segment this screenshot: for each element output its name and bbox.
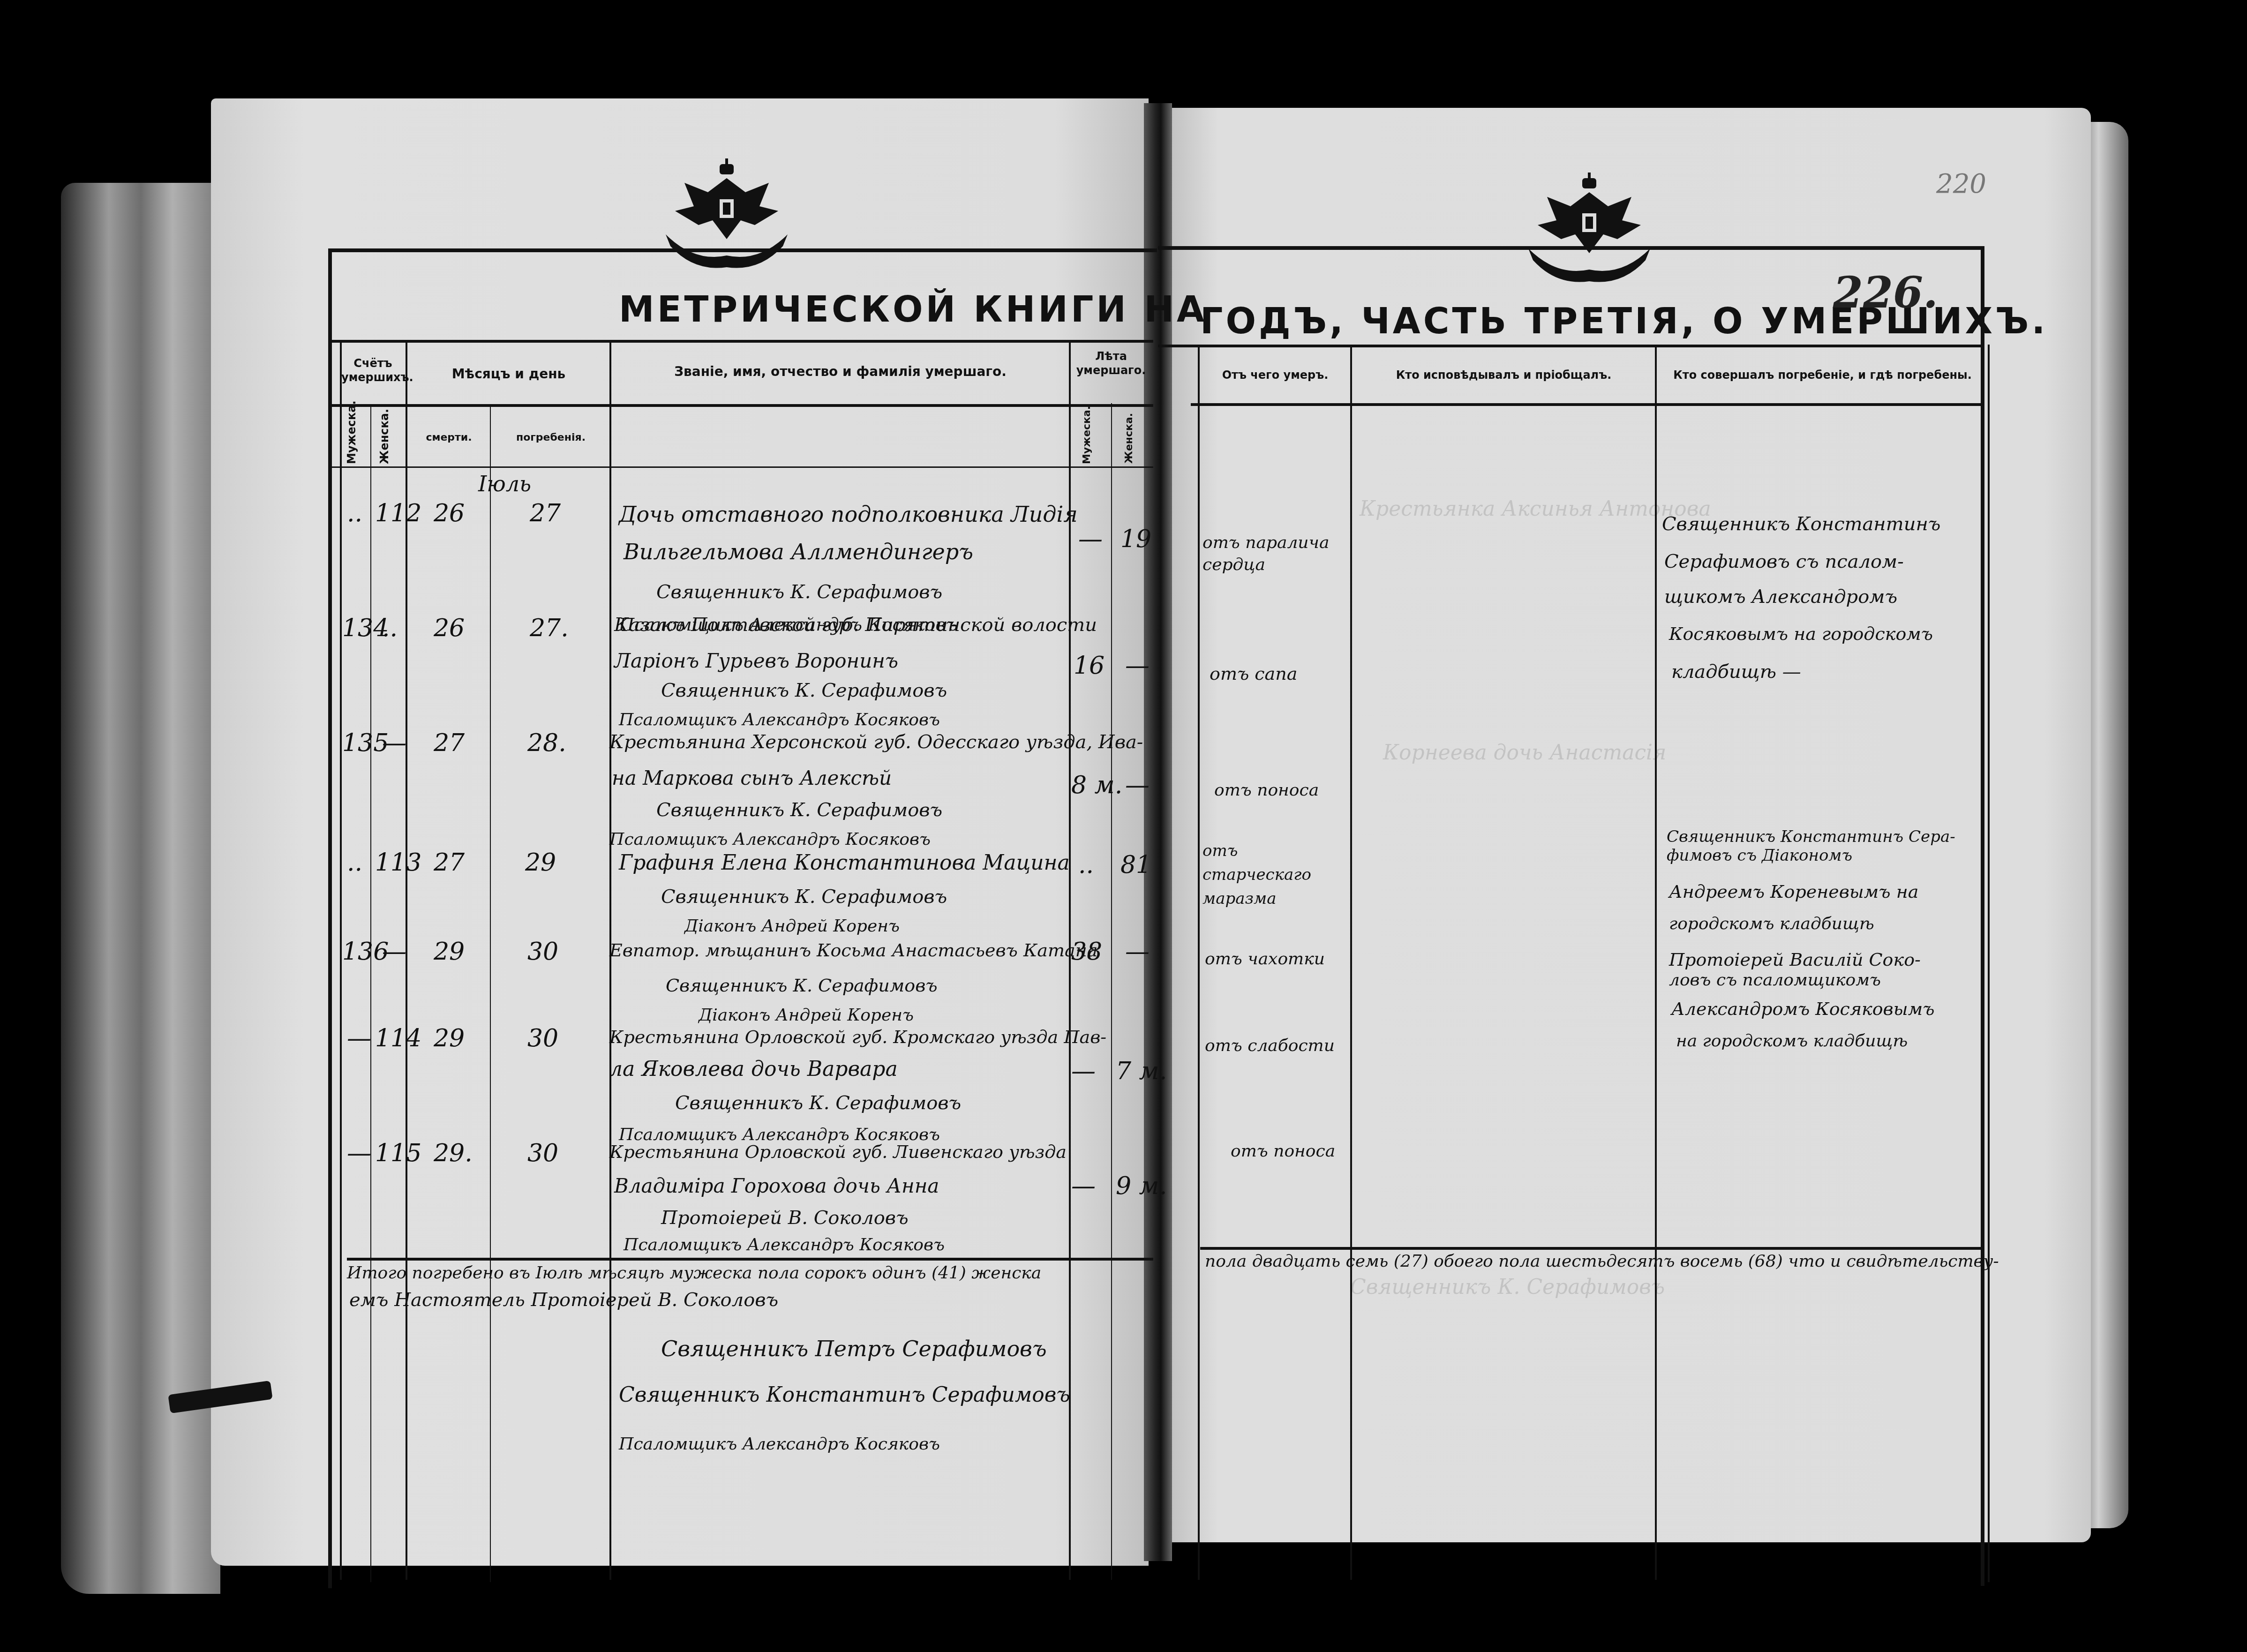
record-6-burial-day: 30 — [527, 1024, 558, 1052]
header-bottom-rule-right — [1191, 403, 1983, 406]
record-7-signature-1: Протоіерей В. Соколовъ — [661, 1207, 909, 1229]
record-6-cause: отъ слабости — [1205, 1036, 1335, 1055]
record-2-name-line-2: Ларіонъ Гурьевъ Воронинъ — [614, 649, 898, 672]
header-age-female: Женска. — [1123, 413, 1136, 464]
header-count-female: Женска. — [377, 413, 391, 464]
signature-psalmist: Псаломщикъ Александръ Косяковъ — [619, 1434, 940, 1454]
burial-note-1-line-3: щикомъ Александромъ — [1664, 586, 1897, 608]
header-death: смерти. — [408, 431, 490, 444]
record-2-age-male: 16 — [1074, 652, 1105, 680]
col-sep — [1198, 347, 1200, 1580]
book-edge-left — [61, 183, 220, 1594]
col-sep — [340, 342, 342, 1580]
record-5-age-female: — — [1125, 938, 1150, 966]
burial-note-1-line-2: Серафимовъ съ псалом- — [1664, 551, 1904, 572]
record-5-female-no: — — [382, 938, 406, 966]
col-sep — [1111, 403, 1112, 1580]
record-2-signature-2: Псаломщикъ Александръ Косяковъ — [619, 710, 940, 729]
col-sep — [1988, 345, 1990, 1582]
record-7-name-line-1: Крестьянина Орловской губ. Ливенскаго уѣ… — [609, 1141, 1067, 1162]
record-7-female-no: 115 — [375, 1139, 421, 1167]
record-7-age-female: 9 м. — [1116, 1172, 1167, 1200]
record-1-signature-1: Священникъ К. Серафимовъ — [656, 581, 942, 603]
record-4-age-male: .. — [1078, 851, 1094, 879]
header-top-rule-right — [1158, 345, 1983, 347]
record-2-burial-day: 27. — [530, 614, 569, 642]
burial-note-3-line-3: Александромъ Косяковымъ — [1671, 999, 1935, 1019]
burial-note-1-line-5: кладбищѣ — — [1671, 661, 1801, 683]
record-5-age-male: 38 — [1071, 938, 1102, 966]
col-sep — [609, 342, 611, 1580]
record-4-death-day: 27 — [434, 849, 465, 877]
record-6-death-day: 29 — [434, 1024, 465, 1052]
record-2-death-day: 26 — [434, 614, 465, 642]
record-1-cause: отъ паралича сердца — [1202, 532, 1343, 576]
record-7-age-male: — — [1071, 1172, 1096, 1200]
record-3-age-male: 8 м. — [1071, 771, 1122, 799]
record-4-signature-2: Діаконъ Андрей Коренъ — [684, 916, 900, 936]
col-sep — [1350, 347, 1352, 1580]
burial-note-3-line-2: ловъ съ псаломщикомъ — [1669, 970, 1881, 990]
record-1-name-line-2: Вильгельмова Аллмендингеръ — [624, 539, 973, 564]
record-4-female-no: 113 — [375, 849, 421, 877]
record-3-female-no: — — [382, 729, 406, 757]
header-age: Лѣта умершаго. — [1071, 349, 1151, 377]
record-3-name-line-2: на Маркова сынъ Алексѣй — [612, 766, 892, 789]
header-burial-by: Кто совершалъ погребеніе, и гдѣ погребен… — [1657, 368, 1988, 382]
record-5-signature-1: Священникъ К. Серафимовъ — [666, 975, 938, 996]
record-4-cause: отъ старческаго маразма — [1202, 839, 1348, 911]
record-2-cause: отъ сапа — [1210, 663, 1297, 684]
record-2-female-no: .. — [382, 614, 398, 642]
record-7-death-day: 29. — [434, 1139, 473, 1167]
header-cause: Отъ чего умеръ. — [1200, 368, 1350, 382]
burial-note-2-line-2: фимовъ съ Діакономъ — [1667, 846, 1852, 865]
header-top-rule — [328, 340, 1153, 343]
record-7-signature-2: Псаломщикъ Александръ Косяковъ — [624, 1235, 945, 1254]
record-1-name-line-1: Дочь отставного подполковника Лидія — [619, 502, 1078, 527]
record-7-burial-day: 30 — [527, 1139, 558, 1167]
totals-rule-right — [1200, 1247, 1983, 1250]
record-2-name-line-1: Казакъ Полтавской губ. Пирятинской волос… — [614, 614, 1097, 636]
record-5-name-line-1: Евпатор. мѣщанинъ Косьма Анастасьевъ Кат… — [609, 940, 1097, 961]
summary-line-1-left: Итого погребено въ Іюлѣ мѣсяцѣ мужеска п… — [347, 1263, 1041, 1283]
record-3-signature-2: Псаломщикъ Александръ Косяковъ — [609, 830, 931, 849]
record-6-name-line-1: Крестьянина Орловской губ. Кромскаго уѣз… — [609, 1027, 1106, 1047]
header-mid-rule — [328, 404, 1153, 407]
record-7-cause: отъ поноса — [1231, 1141, 1335, 1161]
col-sep — [1655, 347, 1657, 1580]
record-4-name-line-1: Графиня Елена Константинова Мацина — [619, 851, 1070, 875]
record-6-signature-1: Священникъ К. Серафимовъ — [675, 1092, 961, 1114]
record-6-age-male: — — [1071, 1057, 1096, 1085]
record-3-name-line-1: Крестьянина Херсонской губ. Одесскаго уѣ… — [609, 731, 1143, 753]
header-month-day: Мѣсяцъ и день — [408, 366, 609, 382]
record-3-age-female: — — [1125, 771, 1150, 799]
record-5-signature-2: Діаконъ Андрей Коренъ — [699, 1006, 914, 1025]
record-1-female-no: 112 — [375, 499, 421, 527]
header-age-male: Мужеска. — [1081, 413, 1094, 464]
record-4-age-female: 81 — [1120, 851, 1151, 879]
record-5-death-day: 29 — [434, 938, 465, 966]
record-4-male-no: .. — [347, 849, 362, 877]
record-2-age-female: — — [1125, 652, 1150, 680]
signature-priest-2: Священникъ Константинъ Серафимовъ — [619, 1383, 1070, 1407]
header-confessor: Кто исповѣдывалъ и пріобщалъ. — [1353, 368, 1655, 382]
record-6-female-no: 114 — [375, 1024, 421, 1052]
bleed-through-text: Корнеева дочь Анастасія — [1383, 741, 1666, 765]
record-4-signature-1: Священникъ К. Серафимовъ — [661, 886, 947, 908]
burial-note-3-line-4: на городскомъ кладбищѣ — [1676, 1031, 1908, 1051]
record-6-age-female: 7 м. — [1116, 1057, 1167, 1085]
imperial-eagle-emblem-left — [656, 155, 797, 277]
imperial-eagle-emblem-right — [1519, 169, 1660, 291]
header-count-male: Мужеска. — [345, 413, 359, 464]
title-left: МЕТРИЧЕСКОЙ КНИГИ НА — [619, 288, 1207, 330]
burial-note-2-line-4: городскомъ кладбищѣ — [1669, 914, 1874, 933]
burial-note-2-line-1: Священникъ Константинъ Сера- — [1667, 827, 1955, 846]
signature-priest-1: Священникъ Петръ Серафимовъ — [661, 1336, 1047, 1361]
record-3-cause: отъ поноса — [1214, 781, 1319, 800]
bleed-through-text: Священникъ К. Серафимовъ — [1350, 1275, 1665, 1299]
record-5-cause: отъ чахотки — [1205, 949, 1325, 969]
record-3-signature-1: Священникъ К. Серафимовъ — [656, 799, 942, 821]
record-6-name-line-2: ла Яковлева дочь Варвара — [609, 1057, 898, 1081]
record-1-age-female: 19 — [1120, 525, 1151, 553]
header-burial: погребенія. — [492, 431, 609, 444]
folio-number: 226. — [1833, 267, 1938, 318]
bleed-through-text: Крестьянка Аксинья Антонова — [1360, 497, 1711, 521]
header-name: Званіе, имя, отчество и фамилія умершаго… — [612, 363, 1069, 380]
month-label: Іюль — [478, 471, 531, 496]
record-6-male-no: — — [347, 1024, 371, 1052]
burial-note-3-line-1: Протоіерей Василій Соко- — [1669, 949, 1921, 970]
col-sep — [370, 405, 371, 1582]
summary-line-1-right: пола двадцать семь (27) обоего пола шест… — [1205, 1252, 1999, 1271]
header-bottom-rule — [328, 466, 1153, 468]
record-7-male-no: — — [347, 1139, 371, 1167]
record-5-burial-day: 30 — [527, 938, 558, 966]
record-1-death-day: 26 — [434, 499, 465, 527]
record-7-name-line-2: Владиміра Горохова дочь Анна — [614, 1174, 939, 1197]
burial-note-1-line-4: Косяковымъ на городскомъ — [1669, 623, 1933, 644]
summary-line-2: емъ Настоятель Протоіерей В. Соколовъ — [349, 1289, 778, 1311]
pencil-folio: 220 — [1936, 169, 1986, 199]
record-3-burial-day: 28. — [527, 729, 566, 757]
record-4-burial-day: 29 — [525, 849, 556, 877]
record-2-signature-1: Священникъ К. Серафимовъ — [661, 680, 947, 701]
header-count: Счётъ умершихъ. — [341, 356, 405, 384]
record-1-age-male: — — [1078, 525, 1103, 553]
record-1-burial-day: 27 — [530, 499, 561, 527]
totals-rule-left — [347, 1258, 1153, 1261]
record-3-death-day: 27 — [434, 729, 465, 757]
col-sep — [490, 405, 491, 1582]
record-1-male-no: .. — [347, 499, 362, 527]
burial-note-2-line-3: Андреемъ Кореневымъ на — [1669, 881, 1918, 902]
